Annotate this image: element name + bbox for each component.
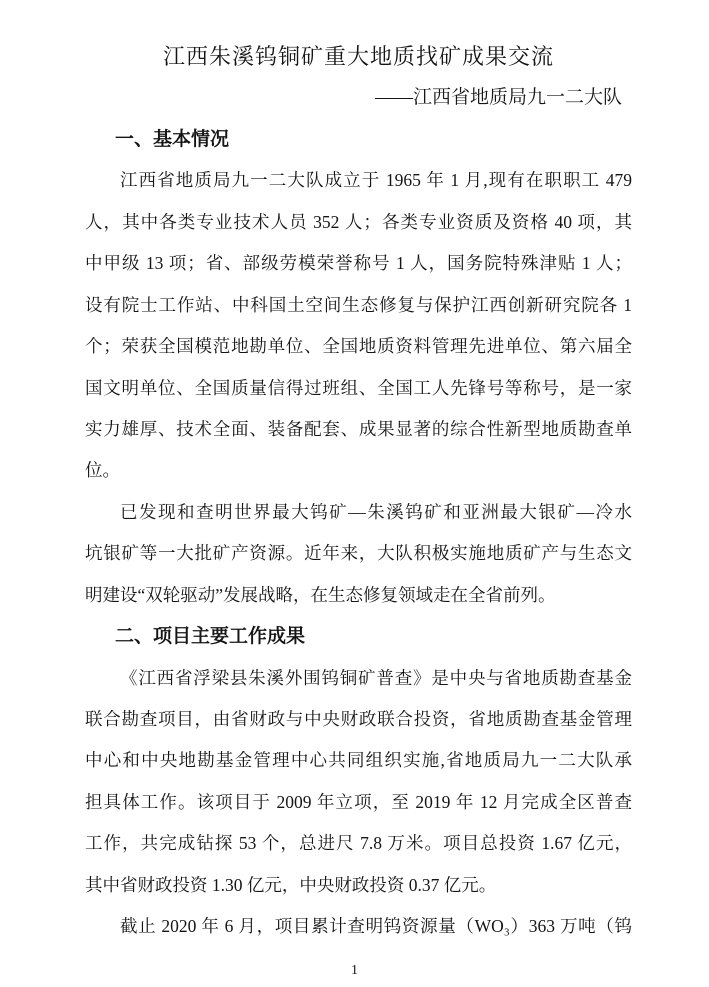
body-line: 担具体工作。该项目于 2009 年立项，至 2019 年 12 月完成全区普查 — [85, 782, 632, 823]
document-body: 江西朱溪钨铜矿重大地质找矿成果交流 ——江西省地质局九一二大队 一、基本情况 江… — [85, 36, 632, 948]
body-line: 实力雄厚、技术全面、装备配套、成果显著的综合性新型地质勘查单 — [85, 409, 632, 450]
body-line: 截止 2020 年 6 月，项目累计查明钨资源量（WO₃）363 万吨（钨 — [85, 906, 632, 947]
body-line: 明建设“双轮驱动”发展战略，在生态修复领域走在全省前列。 — [85, 575, 632, 616]
section-heading-2: 二、项目主要工作成果 — [85, 616, 632, 657]
body-line: 其中省财政投资 1.30 亿元，中央财政投资 0.37 亿元。 — [85, 865, 632, 906]
page-title: 江西朱溪钨铜矿重大地质找矿成果交流 — [85, 36, 632, 77]
body-line: 中甲级 13 项；省、部级劳模荣誉称号 1 人，国务院特殊津贴 1 人； — [85, 243, 632, 284]
body-line: 个；荣获全国模范地勘单位、全国地质资料管理先进单位、第六届全 — [85, 326, 632, 367]
body-line: 人，其中各类专业技术人员 352 人；各类专业资质及资格 40 项，其 — [85, 202, 632, 243]
section-heading-1: 一、基本情况 — [85, 119, 632, 160]
document-page: { "doc": { "title": "江西朱溪钨铜矿重大地质找矿成果交流",… — [0, 0, 709, 987]
body-line: 国文明单位、全国质量信得过班组、全国工人先锋号等称号，是一家 — [85, 368, 632, 409]
body-line: 坑银矿等一大批矿产资源。近年来，大队积极实施地质矿产与生态文 — [85, 533, 632, 574]
body-line: 已发现和查明世界最大钨矿—朱溪钨矿和亚洲最大银矿—冷水 — [85, 492, 632, 533]
body-line: 联合勘查项目，由省财政与中央财政联合投资，省地质勘查基金管理 — [85, 699, 632, 740]
body-line: 设有院士工作站、中科国土空间生态修复与保护江西创新研究院各 1 — [85, 285, 632, 326]
body-line: 江西省地质局九一二大队成立于 1965 年 1 月,现有在职职工 479 — [85, 160, 632, 201]
byline: ——江西省地质局九一二大队 — [85, 77, 632, 118]
body-line: 中心和中央地勘基金管理中心共同组织实施,省地质局九一二大队承 — [85, 740, 632, 781]
body-line: 工作，共完成钻探 53 个，总进尺 7.8 万米。项目总投资 1.67 亿元， — [85, 823, 632, 864]
page-number: 1 — [0, 960, 709, 982]
body-line: 《江西省浮梁县朱溪外围钨铜矿普查》是中央与省地质勘查基金 — [85, 658, 632, 699]
body-line: 位。 — [85, 450, 632, 491]
